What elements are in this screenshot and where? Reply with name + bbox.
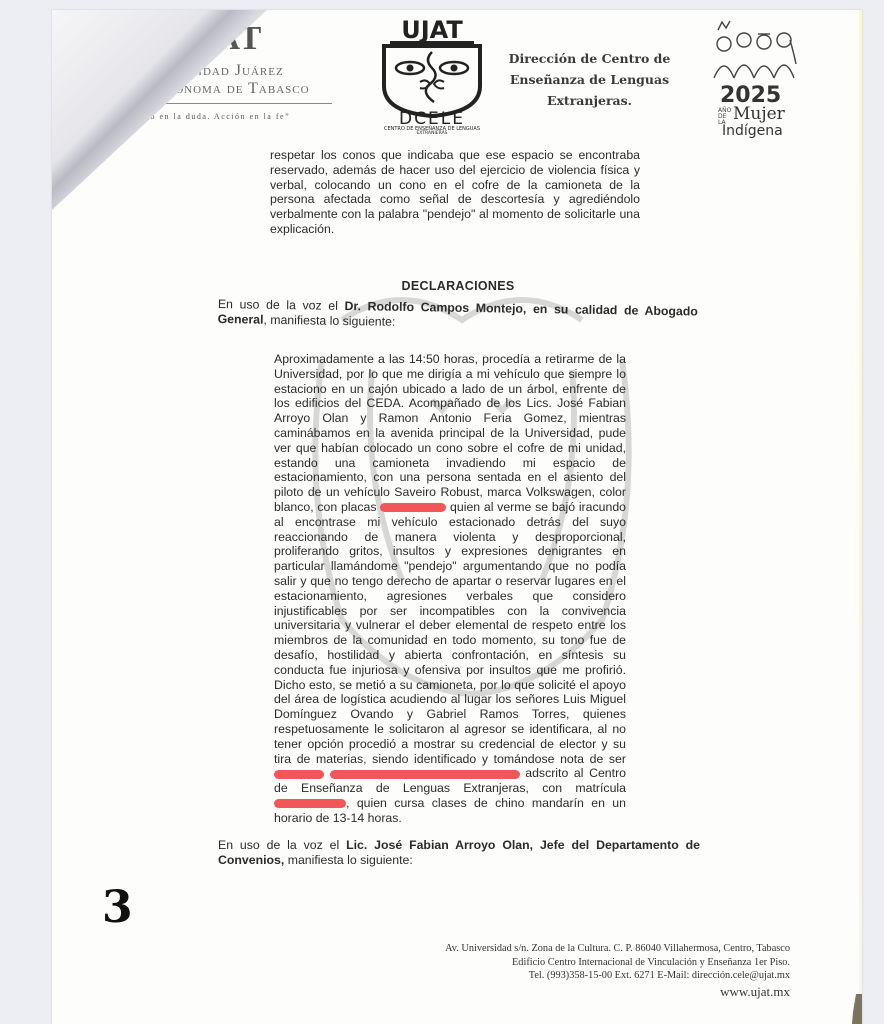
department-title-line1: Dirección de Centro de bbox=[502, 48, 677, 69]
intro-paragraph: respetar los conos que indicaba que ese … bbox=[270, 148, 640, 237]
commemorative-word2: Indígena bbox=[722, 123, 783, 139]
commemorative-word1: Mujer bbox=[733, 104, 785, 124]
redacted-student-id bbox=[274, 799, 346, 808]
testimony-part2: quien al verme se bajó iracundo al encon… bbox=[274, 500, 626, 766]
declaration-intro-2: En uso de la voz el Lic. José Fabian Arr… bbox=[218, 838, 700, 868]
page-marker: 3 bbox=[102, 882, 133, 933]
redacted-name-a bbox=[274, 770, 324, 779]
footer-address: Av. Universidad s/n. Zona de la Cultura.… bbox=[445, 942, 790, 983]
footer-website: www.ujat.mx bbox=[720, 984, 790, 1000]
footer-address-line1: Av. Universidad s/n. Zona de la Cultura.… bbox=[445, 942, 790, 956]
document-page: UJAT Universidad Juárez Autónoma de Taba… bbox=[52, 10, 862, 1024]
page-edge bbox=[859, 10, 862, 1024]
footer-contact: Tel. (993)358-15-00 Ext. 6271 E-Mail: di… bbox=[445, 969, 790, 983]
dcele-logo-icon: UJAT DCELE CENTRO DE ENSEÑANZA DE LENGUA… bbox=[376, 16, 488, 134]
declaration-tail: manifiesta lo siguiente: bbox=[284, 853, 413, 867]
testimony-part1: Aproximadamente a las 14:50 horas, proce… bbox=[274, 352, 626, 514]
svg-text:EXTRANJERAS: EXTRANJERAS bbox=[416, 130, 447, 134]
declaration-lead: En uso de la voz el bbox=[218, 297, 345, 313]
declaration-tail: , manifiesta lo siguiente: bbox=[263, 313, 395, 329]
department-title-line3: Extranjeras. bbox=[502, 90, 677, 111]
page-curl bbox=[52, 10, 302, 210]
redacted-name-b bbox=[330, 770, 520, 779]
redacted-license-plate bbox=[380, 503, 446, 512]
testimony-paragraph: Aproximadamente a las 14:50 horas, proce… bbox=[274, 352, 626, 826]
page-corner-tear bbox=[852, 994, 862, 1024]
department-title-line2: Enseñanza de Lenguas bbox=[502, 69, 677, 90]
declaration-lead: En uso de la voz el bbox=[218, 838, 346, 852]
section-heading: DECLARACIONES bbox=[352, 279, 564, 293]
svg-text:UJAT: UJAT bbox=[401, 16, 463, 44]
footer-address-line2: Edificio Centro Internacional de Vincula… bbox=[445, 956, 790, 970]
department-title: Dirección de Centro de Enseñanza de Leng… bbox=[502, 48, 677, 111]
